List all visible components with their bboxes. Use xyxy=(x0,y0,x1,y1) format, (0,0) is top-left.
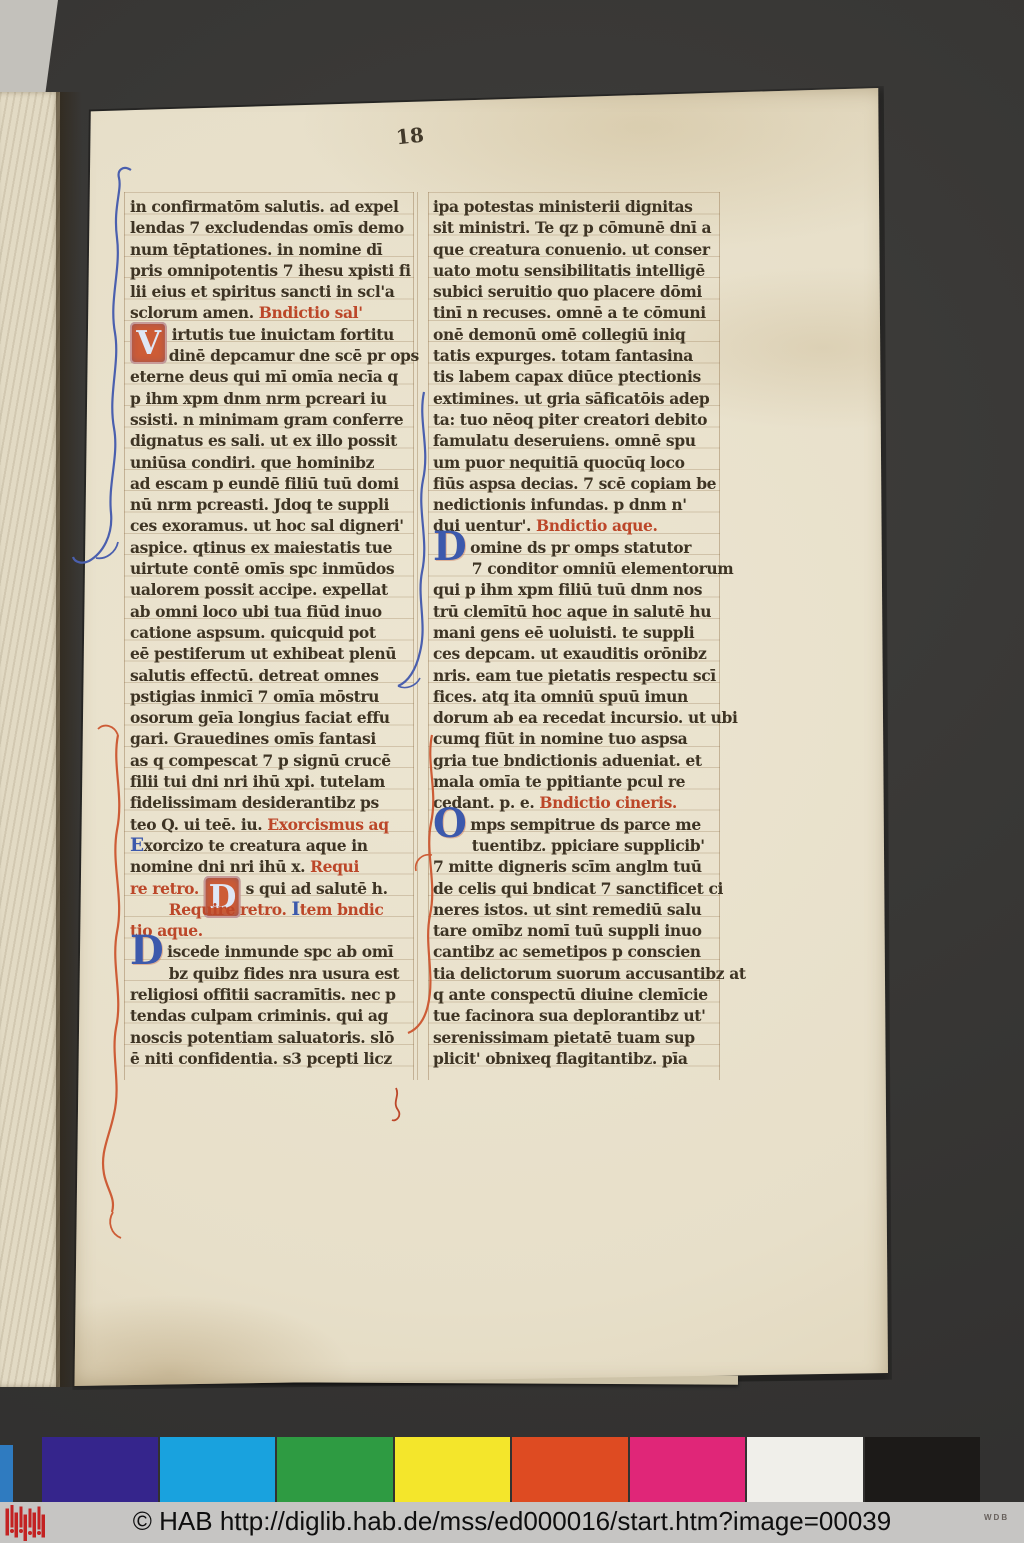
text-line: Require retro. Item bndic xyxy=(130,899,413,920)
text-line: pstigias inmicī 7 omīa mōstru xyxy=(130,686,413,707)
body-text: neres istos. ut sint remediū salu xyxy=(433,900,701,919)
body-text: ssisti. n minimam gram conferre xyxy=(130,410,403,429)
text-line: Omps sempitrue ds parce me xyxy=(433,814,716,835)
body-text: aspice. qtinus ex maiestatis tue xyxy=(130,538,392,557)
decorated-initial: O xyxy=(433,814,466,834)
text-line: tinī n recuses. omnē a te cōmuni xyxy=(433,302,716,323)
text-line: gria tue bndictionis adueniat. et xyxy=(433,750,716,771)
body-text: gari. Grauedines omīs fantasi xyxy=(130,729,376,748)
body-text: tuentibz. ppiciare supplicib' xyxy=(472,836,705,855)
text-line: in confirmatōm salutis. ad expel xyxy=(130,196,413,217)
text-line: sclorum amen. Bndictio sal' xyxy=(130,302,413,323)
text-line: ces exoramus. ut hoc sal digneri' xyxy=(130,515,413,536)
body-text: filii tui dni nri ihū xpi. tutelam xyxy=(130,772,385,791)
body-text: tendas culpam criminis. qui ag xyxy=(130,1006,388,1025)
text-line: lendas 7 excludendas omīs demo xyxy=(130,217,413,238)
body-text: fiūs aspsa decias. 7 scē copiam be xyxy=(433,474,716,493)
text-line: num tēptationes. in nomine dī xyxy=(130,239,413,260)
body-text: eē pestiferum ut exhibeat plenū xyxy=(130,644,396,663)
rubric-text: Bndictio aque. xyxy=(536,516,657,535)
text-line: ab omni loco ubi tua fiūd inuo xyxy=(130,601,413,622)
rubric-text: Require retro. xyxy=(169,900,292,919)
body-text: onē demonū omē collegiū iniq xyxy=(433,325,685,344)
rubric-text: Bndictio cineris. xyxy=(539,793,677,812)
body-text: que creatura conuenio. ut conser xyxy=(433,240,710,259)
copyright-url-text: © HAB http://diglib.hab.de/mss/ed000016/… xyxy=(0,1506,1024,1537)
text-line: extimines. ut gria sāficatōis adep xyxy=(433,388,716,409)
body-text: trū clemītū hoc aque in salutē hu xyxy=(433,602,711,621)
text-line: tare omībz nomī tuū suppli inuo xyxy=(433,920,716,941)
body-text: sit ministri. Te qz p cōmunē dnī a xyxy=(433,218,711,237)
body-text: noscis potentiam saluatoris. slō xyxy=(130,1028,394,1047)
text-line: teo Q. ui teē. iu. Exorcismus aq xyxy=(130,814,413,835)
text-line: dignatus es sali. ut ex illo possit xyxy=(130,430,413,451)
text-line: ta: tuo nēoq piter creatori debito xyxy=(433,409,716,430)
text-line: tendas culpam criminis. qui ag xyxy=(130,1005,413,1026)
body-text: ad escam p eundē filiū tuū domi xyxy=(130,474,399,493)
text-line: famulatu deseruiens. omnē spu xyxy=(433,430,716,451)
text-line: cumq fiūt in nomine tuo aspsa xyxy=(433,728,716,749)
text-column-right: ipa potestas ministerii dignitassit mini… xyxy=(433,196,716,1069)
text-line: plicit' obnixeq flagitantibz. pīa xyxy=(433,1048,716,1069)
body-text: dorum ab ea recedat incursio. ut ubi xyxy=(433,708,738,727)
facing-page-edge xyxy=(0,92,60,1387)
text-line: tia delictorum suorum accusantibz at xyxy=(433,963,716,984)
text-line: eterne deus qui mī omīa necīa q xyxy=(130,366,413,387)
text-line: filii tui dni nri ihū xpi. tutelam xyxy=(130,771,413,792)
text-line: cantibz ac semetipos p conscien xyxy=(433,941,716,962)
text-line: salutis effectū. detreat omnes xyxy=(130,665,413,686)
text-line: ces depcam. ut exauditis orōnibz xyxy=(433,643,716,664)
body-text: mps sempitrue ds parce me xyxy=(470,815,701,834)
decorated-initial: V xyxy=(130,322,167,364)
rubric-text: re retro. xyxy=(130,879,204,898)
text-line: 7 conditor omniū elementorum xyxy=(433,558,716,579)
text-line: as q compescat 7 p signū crucē xyxy=(130,750,413,771)
text-line: catione aspsum. quicquid pot xyxy=(130,622,413,643)
body-text: tinī n recuses. omnē a te cōmuni xyxy=(433,303,706,322)
body-text: nris. eam tue pietatis respectu scī xyxy=(433,666,716,685)
body-text: in confirmatōm salutis. ad expel xyxy=(130,197,398,216)
colorbar-square-black xyxy=(865,1437,981,1502)
body-text: tatis expurges. totam fantasina xyxy=(433,346,693,365)
body-text: ē niti confidentia. s3 pcepti licz xyxy=(130,1049,392,1068)
text-line: aspice. qtinus ex maiestatis tue xyxy=(130,537,413,558)
text-line: subici seruitio quo placere dōmi xyxy=(433,281,716,302)
body-text: religiosi offitii sacramītis. nec p xyxy=(130,985,396,1004)
text-line: lii eius et spiritus sancti in scl'a xyxy=(130,281,413,302)
body-text: omine ds pr omps statutor xyxy=(470,538,691,557)
body-text: osorum geīa longius faciat effu xyxy=(130,708,390,727)
text-line: Exorcizo te creatura aque in xyxy=(130,835,413,856)
text-line: um puor nequitiā quocūq loco xyxy=(433,452,716,473)
text-line: fidelissimam desiderantibz ps xyxy=(130,792,413,813)
text-line: tue facinora sua deplorantibz ut' xyxy=(433,1005,716,1026)
body-text: teo Q. ui teē. iu. xyxy=(130,815,267,834)
text-line: q ante conspectū diuine clemīcie xyxy=(433,984,716,1005)
body-text: eterne deus qui mī omīa necīa q xyxy=(130,367,398,386)
text-line: nū nrm pcreasti. Jdoq te suppli xyxy=(130,494,413,515)
body-text: pris omnipotentis 7 ihesu xpisti fi xyxy=(130,261,411,280)
text-line: sit ministri. Te qz p cōmunē dnī a xyxy=(433,217,716,238)
text-line: re retro. Ds qui ad salutē h. xyxy=(130,878,413,899)
text-line: qui p ihm xpm filiū tuū dnm nos xyxy=(433,579,716,600)
text-line: tatis expurges. totam fantasina xyxy=(433,345,716,366)
body-text: p ihm xpm dnm nrm pcreari iu xyxy=(130,389,387,408)
body-text: serenissimam pietatē tuam sup xyxy=(433,1028,695,1047)
folio-number: 18 xyxy=(395,123,425,150)
body-text: lendas 7 excludendas omīs demo xyxy=(130,218,404,237)
body-text: famulatu deseruiens. omnē spu xyxy=(433,431,696,450)
text-line: 7 mitte digneris scīm anglm tuū xyxy=(433,856,716,877)
colorbar-square-magenta xyxy=(630,1437,746,1502)
text-line: Domine ds pr omps statutor xyxy=(433,537,716,558)
text-line: nomine dni nri ihū x. Requi xyxy=(130,856,413,877)
ruling-gutter-line xyxy=(417,192,418,1080)
colored-initial: I xyxy=(292,898,300,920)
body-text: sclorum amen. xyxy=(130,303,259,322)
body-text: tue facinora sua deplorantibz ut' xyxy=(433,1006,705,1025)
body-text: iscede inmunde spc ab omī xyxy=(167,942,393,961)
tiny-corner-mark: WDB xyxy=(984,1513,1009,1522)
body-text: ces exoramus. ut hoc sal digneri' xyxy=(130,516,404,535)
body-text: um puor nequitiā quocūq loco xyxy=(433,453,685,472)
colorbar-square-yellow xyxy=(395,1437,511,1502)
body-text: uato motu sensibilitatis intelligē xyxy=(433,261,705,280)
colorbar-square-cyan xyxy=(160,1437,276,1502)
text-line: dui uentur'. Bndictio aque. xyxy=(433,515,716,536)
text-line: tis labem capax diūce ptectionis xyxy=(433,366,716,387)
text-line: ad escam p eundē filiū tuū domi xyxy=(130,473,413,494)
body-text: ces depcam. ut exauditis orōnibz xyxy=(433,644,706,663)
body-text: num tēptationes. in nomine dī xyxy=(130,240,382,259)
text-line: pris omnipotentis 7 ihesu xpisti fi xyxy=(130,260,413,281)
text-line: nedictionis infundas. p dnm n' xyxy=(433,494,716,515)
body-text: as q compescat 7 p signū crucē xyxy=(130,751,391,770)
text-line: fices. atq ita omniū spuū imun xyxy=(433,686,716,707)
body-text: mani gens eē uoluisti. te suppli xyxy=(433,623,694,642)
body-text: 7 conditor omniū elementorum xyxy=(472,559,734,578)
colored-initial: E xyxy=(130,834,144,856)
text-line: de celis qui bndicat 7 sanctificet ci xyxy=(433,878,716,899)
body-text: mala omīa te ppitiante pcul re xyxy=(433,772,685,791)
text-line: ssisti. n minimam gram conferre xyxy=(130,409,413,430)
text-line: ē niti confidentia. s3 pcepti licz xyxy=(130,1048,413,1069)
text-line: p ihm xpm dnm nrm pcreari iu xyxy=(130,388,413,409)
colorbar-square-green xyxy=(277,1437,393,1502)
body-text: bz quibz fides nra usura est xyxy=(169,964,399,983)
text-line: tio aque. xyxy=(130,920,413,941)
colorbar-square-indigo xyxy=(42,1437,158,1502)
text-line: fiūs aspsa decias. 7 scē copiam be xyxy=(433,473,716,494)
body-text: extimines. ut gria sāficatōis adep xyxy=(433,389,709,408)
body-text: uniūsa condiri. que hominibz xyxy=(130,453,374,472)
color-patch-sliver xyxy=(0,1445,13,1503)
body-text: cantibz ac semetipos p conscien xyxy=(433,942,701,961)
body-text: catione aspsum. quicquid pot xyxy=(130,623,376,642)
body-text: ualorem possit accipe. expellat xyxy=(130,580,388,599)
body-text: de celis qui bndicat 7 sanctificet ci xyxy=(433,879,723,898)
text-line: cedant. p. e. Bndictio cineris. xyxy=(433,792,716,813)
body-text: dinē depcamur dne scē pr ops xyxy=(169,346,419,365)
body-text: xorcizo te creatura aque in xyxy=(144,836,368,855)
text-line: ualorem possit accipe. expellat xyxy=(130,579,413,600)
text-line: nris. eam tue pietatis respectu scī xyxy=(433,665,716,686)
body-text: fices. atq ita omniū spuū imun xyxy=(433,687,688,706)
body-text: cumq fiūt in nomine tuo aspsa xyxy=(433,729,687,748)
text-line: uato motu sensibilitatis intelligē xyxy=(433,260,716,281)
body-text: nū nrm pcreasti. Jdoq te suppli xyxy=(130,495,389,514)
text-line: dorum ab ea recedat incursio. ut ubi xyxy=(433,707,716,728)
body-text: uirtute contē omīs spc inmūdos xyxy=(130,559,394,578)
text-line: Discede inmunde spc ab omī xyxy=(130,941,413,962)
text-line: ipa potestas ministerii dignitas xyxy=(433,196,716,217)
rubric-text: tem bndic xyxy=(300,900,384,919)
body-text: qui p ihm xpm filiū tuū dnm nos xyxy=(433,580,702,599)
rubric-text: Bndictio sal' xyxy=(259,303,363,322)
decorated-initial: D xyxy=(433,537,466,557)
body-text: ta: tuo nēoq piter creatori debito xyxy=(433,410,707,429)
body-text: lii eius et spiritus sancti in scl'a xyxy=(130,282,394,301)
text-line: dinē depcamur dne scē pr ops xyxy=(130,345,413,366)
colorbar-square-orange-red xyxy=(512,1437,628,1502)
body-text: salutis effectū. detreat omnes xyxy=(130,666,379,685)
body-text: 7 mitte digneris scīm anglm tuū xyxy=(433,857,702,876)
rubric-text: Requi xyxy=(310,857,359,876)
text-line: religiosi offitii sacramītis. nec p xyxy=(130,984,413,1005)
body-text: subici seruitio quo placere dōmi xyxy=(433,282,702,301)
body-text: ab omni loco ubi tua fiūd inuo xyxy=(130,602,382,621)
text-line: eē pestiferum ut exhibeat plenū xyxy=(130,643,413,664)
body-text: tia delictorum suorum accusantibz at xyxy=(433,964,746,983)
color-calibration-bar xyxy=(42,1437,980,1502)
text-line: que creatura conuenio. ut conser xyxy=(433,239,716,260)
text-line: tuentibz. ppiciare supplicib' xyxy=(433,835,716,856)
text-line: noscis potentiam saluatoris. slō xyxy=(130,1027,413,1048)
colorbar-square-white xyxy=(747,1437,863,1502)
body-text: s qui ad salutē h. xyxy=(246,879,388,898)
text-line: onē demonū omē collegiū iniq xyxy=(433,324,716,345)
text-line: mani gens eē uoluisti. te suppli xyxy=(433,622,716,643)
body-text: ipa potestas ministerii dignitas xyxy=(433,197,693,216)
body-text: gria tue bndictionis adueniat. et xyxy=(433,751,702,770)
decorated-initial: D xyxy=(130,941,163,961)
text-line: trū clemītū hoc aque in salutē hu xyxy=(433,601,716,622)
text-line: mala omīa te ppitiante pcul re xyxy=(433,771,716,792)
text-line: bz quibz fides nra usura est xyxy=(130,963,413,984)
rubric-text: Exorcismus aq xyxy=(267,815,388,834)
text-line: osorum geīa longius faciat effu xyxy=(130,707,413,728)
body-text: plicit' obnixeq flagitantibz. pīa xyxy=(433,1049,688,1068)
body-text: fidelissimam desiderantibz ps xyxy=(130,793,379,812)
body-text: irtutis tue inuictam fortitu xyxy=(172,325,394,344)
text-line: serenissimam pietatē tuam sup xyxy=(433,1027,716,1048)
text-line: uniūsa condiri. que hominibz xyxy=(130,452,413,473)
body-text: q ante conspectū diuine clemīcie xyxy=(433,985,708,1004)
text-column-left: in confirmatōm salutis. ad expellendas 7… xyxy=(130,196,413,1069)
body-text: tis labem capax diūce ptectionis xyxy=(433,367,701,386)
body-text: pstigias inmicī 7 omīa mōstru xyxy=(130,687,379,706)
text-line: neres istos. ut sint remediū salu xyxy=(433,899,716,920)
body-text: dignatus es sali. ut ex illo possit xyxy=(130,431,397,450)
text-line: Virtutis tue inuictam fortitu xyxy=(130,324,413,345)
body-text: tare omībz nomī tuū suppli inuo xyxy=(433,921,702,940)
text-line: uirtute contē omīs spc inmūdos xyxy=(130,558,413,579)
text-line: gari. Grauedines omīs fantasi xyxy=(130,728,413,749)
body-text: nedictionis infundas. p dnm n' xyxy=(433,495,687,514)
body-text: nomine dni nri ihū x. xyxy=(130,857,310,876)
